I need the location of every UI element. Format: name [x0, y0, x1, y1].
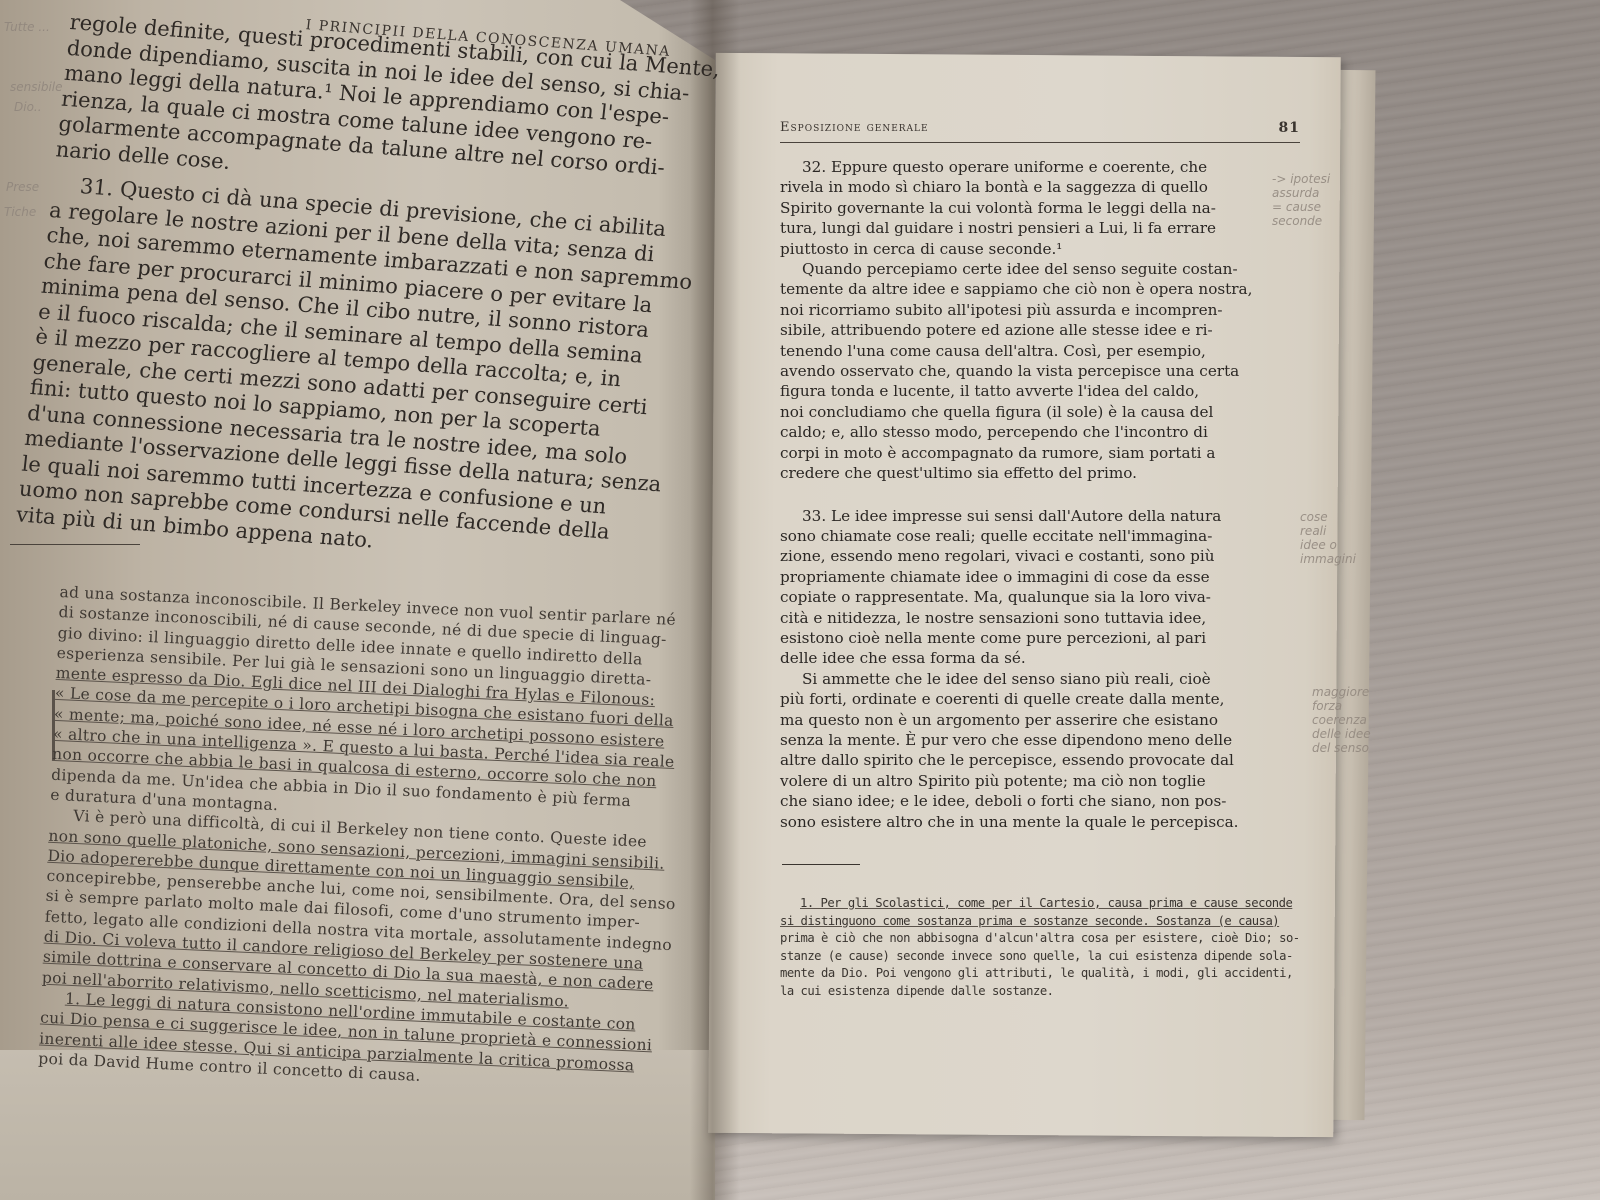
- text-line: sono esistere altro che in una mente la …: [780, 812, 1300, 832]
- handwritten-note: cose reali idee o immagini: [1300, 510, 1356, 566]
- footnote-rule: [782, 864, 860, 865]
- handwritten-note: Prese: [6, 180, 39, 194]
- text-line: sibile, attribuendo potere ed azione all…: [780, 320, 1300, 340]
- paragraph-gap: [780, 484, 1300, 506]
- handwritten-note: Tiche: [4, 205, 36, 219]
- text-line: Quando percepiamo certe idee del senso s…: [780, 259, 1300, 279]
- footnote-line: la cui esistenza dipende dalle sostanze.: [780, 983, 1300, 1001]
- right-footnote: 1. Per gli Scolastici, come per il Carte…: [780, 895, 1300, 1000]
- text-line: senza la mente. È pur vero che esse dipe…: [780, 730, 1300, 750]
- footnote-line: mente da Dio. Poi vengono gli attributi,…: [780, 965, 1300, 983]
- paragraph-32: 32. Eppure questo operare uniforme e coe…: [780, 157, 1300, 484]
- text-line: 33. Le idee impresse sui sensi dall'Auto…: [780, 506, 1300, 526]
- text-line: cità e nitidezza, le nostre sensazioni s…: [780, 608, 1300, 628]
- handwritten-note: -> ipotesi assurda = cause seconde: [1272, 172, 1330, 228]
- text-line: figura tonda e lucente, il tatto avverte…: [780, 381, 1300, 401]
- page-number: 81: [1279, 120, 1300, 136]
- text-line: copiate o rappresentate. Ma, qualunque s…: [780, 587, 1300, 607]
- text-line: rivela in modo sì chiaro la bontà e la s…: [780, 177, 1300, 197]
- running-head-title: Esposizione generale: [780, 120, 929, 136]
- handwritten-note: maggiore forza coerenza delle idee del s…: [1312, 685, 1371, 755]
- footnote-line: 1. Per gli Scolastici, come per il Carte…: [780, 895, 1300, 913]
- text-line: Spirito governante la cui volontà forma …: [780, 198, 1300, 218]
- book-gutter: [690, 0, 740, 1200]
- paragraph-33: 33. Le idee impresse sui sensi dall'Auto…: [780, 506, 1300, 833]
- text-line: tura, lungi dal guidare i nostri pensier…: [780, 218, 1300, 238]
- footnote-line: si distinguono come sostanza prima e sos…: [780, 913, 1300, 931]
- left-footnote-text: ad una sostanza inconoscibile. Il Berkel…: [38, 582, 689, 1097]
- text-line: noi ricorriamo subito all'ipotesi più as…: [780, 300, 1300, 320]
- handwritten-note: Tutte ...: [4, 20, 50, 34]
- text-line: tenendo l'una come causa dell'altra. Cos…: [780, 341, 1300, 361]
- text-line: noi concludiamo che quella figura (il so…: [780, 402, 1300, 422]
- left-footnote-rule: [10, 544, 140, 545]
- text-line: più forti, ordinate e coerenti di quelle…: [780, 689, 1300, 709]
- text-line: credere che quest'ultimo sia effetto del…: [780, 463, 1300, 483]
- handwritten-note: Dio..: [14, 100, 42, 114]
- text-line: esistono cioè nella mente come pure perc…: [780, 628, 1300, 648]
- footnote-line: stanze (e cause) seconde invece sono que…: [780, 948, 1300, 966]
- text-line: altre dallo spirito che le percepisce, e…: [780, 750, 1300, 770]
- left-main-text: regole definite, questi procedimenti sta…: [15, 10, 660, 570]
- handwritten-note: sensibile: [10, 80, 63, 94]
- text-line: delle idee che essa forma da sé.: [780, 648, 1300, 668]
- text-line: Si ammette che le idee del senso siano p…: [780, 669, 1300, 689]
- text-line: zione, essendo meno regolari, vivaci e c…: [780, 546, 1300, 566]
- right-page-text: Esposizione generale 81 32. Eppure quest…: [780, 120, 1300, 1000]
- text-line: volere di un altro Spirito più potente; …: [780, 771, 1300, 791]
- text-line: piuttosto in cerca di cause seconde.¹: [780, 239, 1300, 259]
- text-line: propriamente chiamate idee o immagini di…: [780, 567, 1300, 587]
- text-line: 32. Eppure questo operare uniforme e coe…: [780, 157, 1300, 177]
- right-running-head: Esposizione generale 81: [780, 120, 1300, 143]
- text-line: ma questo non è un argomento per asserir…: [780, 710, 1300, 730]
- footnote-line: prima è ciò che non abbisogna d'alcun'al…: [780, 930, 1300, 948]
- text-line: che siano idee; e le idee, deboli o fort…: [780, 791, 1300, 811]
- text-line: caldo; e, allo stesso modo, percependo c…: [780, 422, 1300, 442]
- text-line: avendo osservato che, quando la vista pe…: [780, 361, 1300, 381]
- text-line: temente da altre idee e sappiamo che ciò…: [780, 279, 1300, 299]
- text-line: sono chiamate cose reali; quelle eccitat…: [780, 526, 1300, 546]
- text-line: corpi in moto è accompagnato da rumore, …: [780, 443, 1300, 463]
